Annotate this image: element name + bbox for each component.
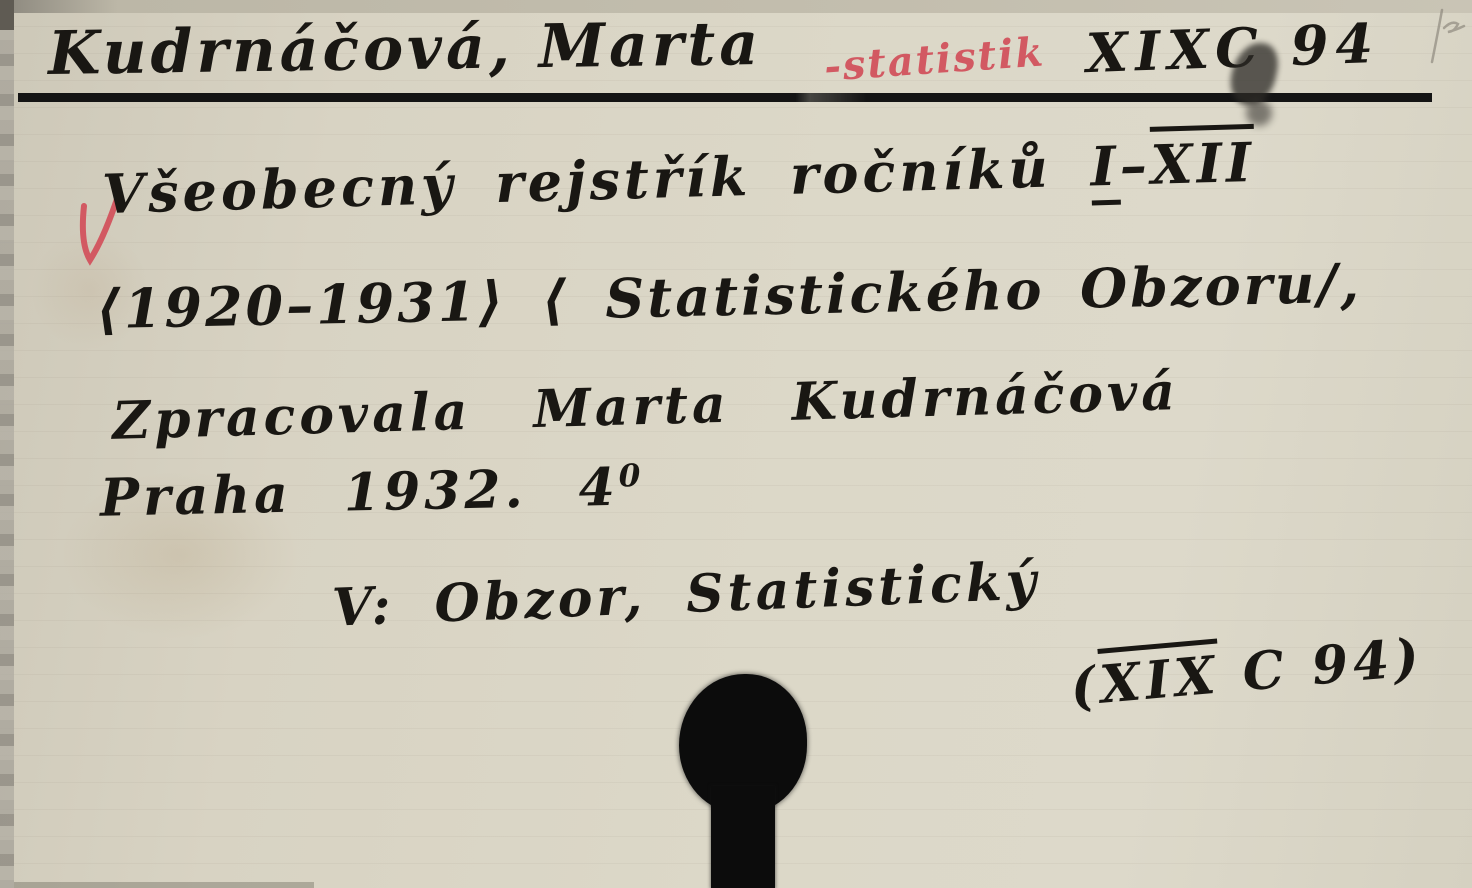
compiler-line: Zpracovala Marta Kudrnáčová (111, 361, 1179, 452)
volume-dash: – (1119, 133, 1152, 198)
title-text: Všeobecný rejstřík ročníků (101, 135, 1091, 227)
heading-author-name: Kudrnáčová, Marta (48, 9, 763, 89)
volume-from: I (1090, 134, 1121, 206)
ink-smudge-small (1246, 100, 1272, 126)
heading-underline-rule (18, 93, 1432, 102)
catalog-card: Kudrnáčová, Marta -statistik XIXC 94 Vše… (0, 0, 1472, 888)
scan-corner-mark (0, 0, 14, 30)
pencil-scribble (1424, 2, 1470, 72)
scan-bottom-edge (14, 882, 314, 888)
scan-left-edge (0, 0, 14, 888)
volume-to: XII (1150, 124, 1256, 197)
roman-numeral: XIX (1097, 639, 1222, 716)
imprint-line: Praha 1932. 40 (99, 456, 645, 528)
card-punch-rod (711, 786, 775, 888)
years-source-line: ⟨1920–1931⟩ ⟨ Statistického Obzoru/, (95, 251, 1362, 341)
title-line: Všeobecný rejstřík ročníků I–XII (101, 130, 1256, 226)
format-superscript: 0 (618, 458, 644, 495)
heading-subject-annotation-red: -statistik (823, 28, 1047, 90)
call-number-bottom: (XIX C 94) (1068, 627, 1426, 719)
paren-open: ( (1068, 655, 1103, 718)
cross-reference-line: V: Obzor, Statistický (331, 550, 1041, 638)
format-number: 4 (578, 457, 619, 519)
place-year: Praha 1932. (99, 458, 579, 529)
call-number-rest: C 94) (1217, 627, 1426, 706)
